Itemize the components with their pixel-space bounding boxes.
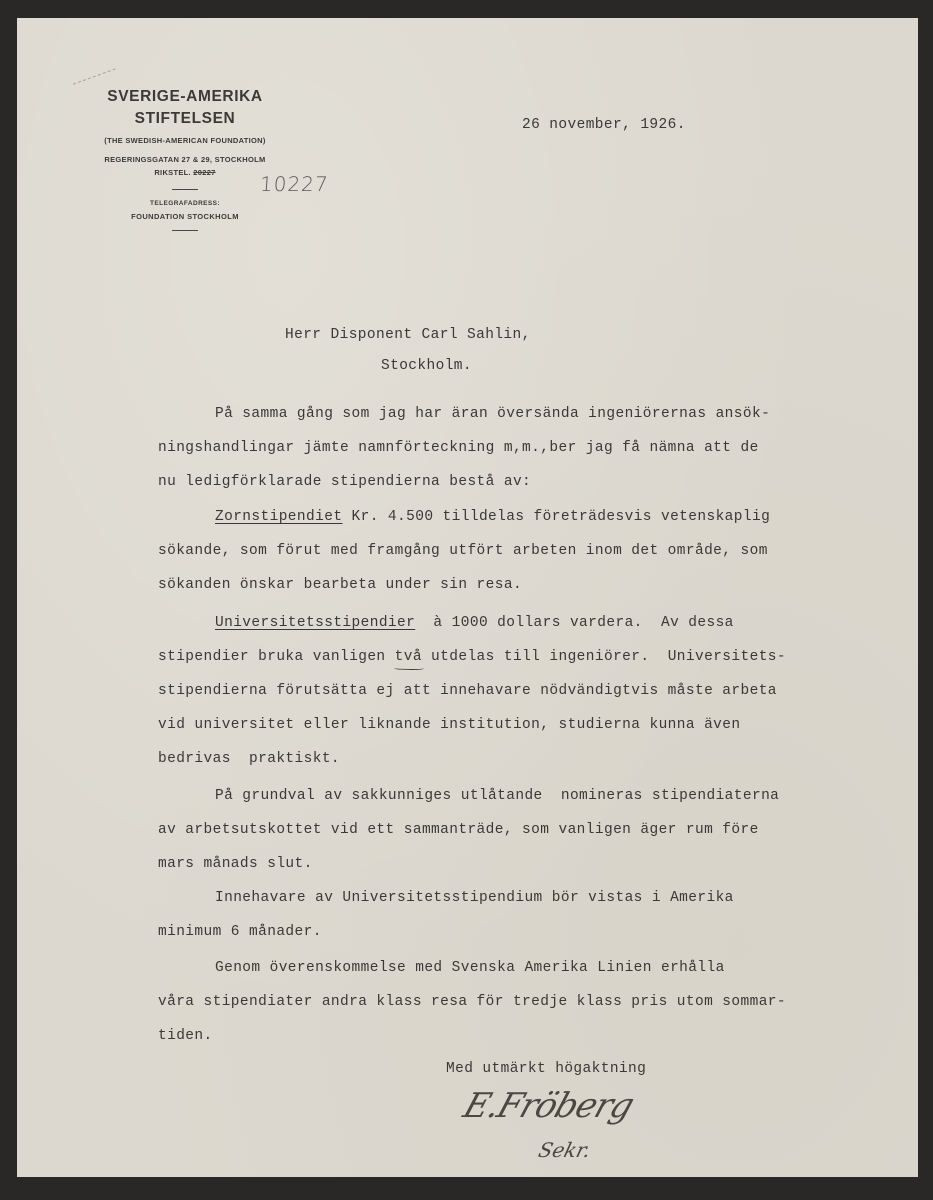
body-p3-line1: Universitetsstipendier à 1000 dollars va… bbox=[215, 615, 734, 631]
body-p3-line1-rest: à 1000 dollars vardera. Av dessa bbox=[415, 615, 734, 631]
signature-title: Sekr. bbox=[536, 1138, 593, 1162]
body-p3-line3: stipendierna förutsätta ej att innehavar… bbox=[158, 683, 777, 699]
body-p1-line1: På samma gång som jag har äran översända… bbox=[215, 406, 770, 422]
addressee-name: Herr Disponent Carl Sahlin, bbox=[285, 327, 531, 343]
closing-salutation: Med utmärkt högaktning bbox=[446, 1061, 646, 1077]
pencil-mark bbox=[73, 68, 116, 85]
letterhead-title-line1: SVERIGE-AMERIKA bbox=[80, 86, 290, 108]
letterhead: SVERIGE-AMERIKA STIFTELSEN (THE SWEDISH-… bbox=[80, 86, 290, 239]
body-p4-line2: av arbetsutskottet vid ett sammanträde, … bbox=[158, 822, 759, 838]
letter-page: SVERIGE-AMERIKA STIFTELSEN (THE SWEDISH-… bbox=[17, 18, 918, 1177]
body-p3-line2-pre: stipendier bruka vanligen bbox=[158, 649, 395, 665]
letterhead-divider bbox=[172, 189, 198, 190]
telegraph-address: FOUNDATION STOCKHOLM bbox=[80, 210, 290, 224]
body-p2-line3: sökanden önskar bearbeta under sin resa. bbox=[158, 577, 522, 593]
body-p1-line3: nu ledigförklarade stipendierna bestå av… bbox=[158, 474, 531, 490]
body-p4-line1: På grundval av sakkunniges utlåtande nom… bbox=[215, 788, 779, 804]
phone-struck-number: 20227 bbox=[193, 168, 215, 177]
letterhead-divider-bottom bbox=[172, 230, 198, 231]
body-p5-line2: minimum 6 månader. bbox=[158, 924, 322, 940]
body-p3-line5: bedrivas praktiskt. bbox=[158, 751, 340, 767]
body-p2-line1: Zornstipendiet Kr. 4.500 tilldelas föret… bbox=[215, 509, 770, 525]
letterhead-address: REGERINGSGATAN 27 & 29, STOCKHOLM bbox=[80, 153, 290, 166]
handwritten-phone-number: 10227 bbox=[259, 172, 329, 196]
handwritten-underline-tva: två bbox=[395, 649, 422, 665]
universitetsstipendier-heading: Universitetsstipendier bbox=[215, 615, 415, 631]
body-p3-line2: stipendier bruka vanligen två utdelas ti… bbox=[158, 649, 786, 665]
body-p4-line3: mars månads slut. bbox=[158, 856, 313, 872]
letterhead-phone: RIKSTEL. 20227 bbox=[80, 166, 290, 179]
phone-label: RIKSTEL. bbox=[154, 168, 193, 177]
body-p6-line3: tiden. bbox=[158, 1028, 213, 1044]
letterhead-title-line2: STIFTELSEN bbox=[80, 108, 290, 130]
addressee-city: Stockholm. bbox=[381, 358, 472, 374]
body-p2-line2: sökande, som förut med framgång utfört a… bbox=[158, 543, 768, 559]
body-p5-line1: Innehavare av Universitetsstipendium bör… bbox=[215, 890, 734, 906]
body-p1-line2: ningshandlingar jämte namnförteckning m,… bbox=[158, 440, 759, 456]
body-p3-line2-post: utdelas till ingeniörer. Universitets- bbox=[422, 649, 786, 665]
telegraph-label: TELEGRAFADRESS: bbox=[80, 198, 290, 210]
body-p6-line2: våra stipendiater andra klass resa för t… bbox=[158, 994, 786, 1010]
body-p6-line1: Genom överenskommelse med Svenska Amerik… bbox=[215, 960, 725, 976]
body-p2-line1-rest: Kr. 4.500 tilldelas företrädesvis vetens… bbox=[342, 509, 770, 525]
handwritten-signature: E.Fröberg bbox=[459, 1086, 639, 1126]
letter-date: 26 november, 1926. bbox=[522, 117, 686, 133]
zornstipendiet-heading: Zornstipendiet bbox=[215, 509, 342, 525]
body-p3-line4: vid universitet eller liknande instituti… bbox=[158, 717, 741, 733]
letterhead-subtitle: (THE SWEDISH-AMERICAN FOUNDATION) bbox=[80, 136, 290, 145]
